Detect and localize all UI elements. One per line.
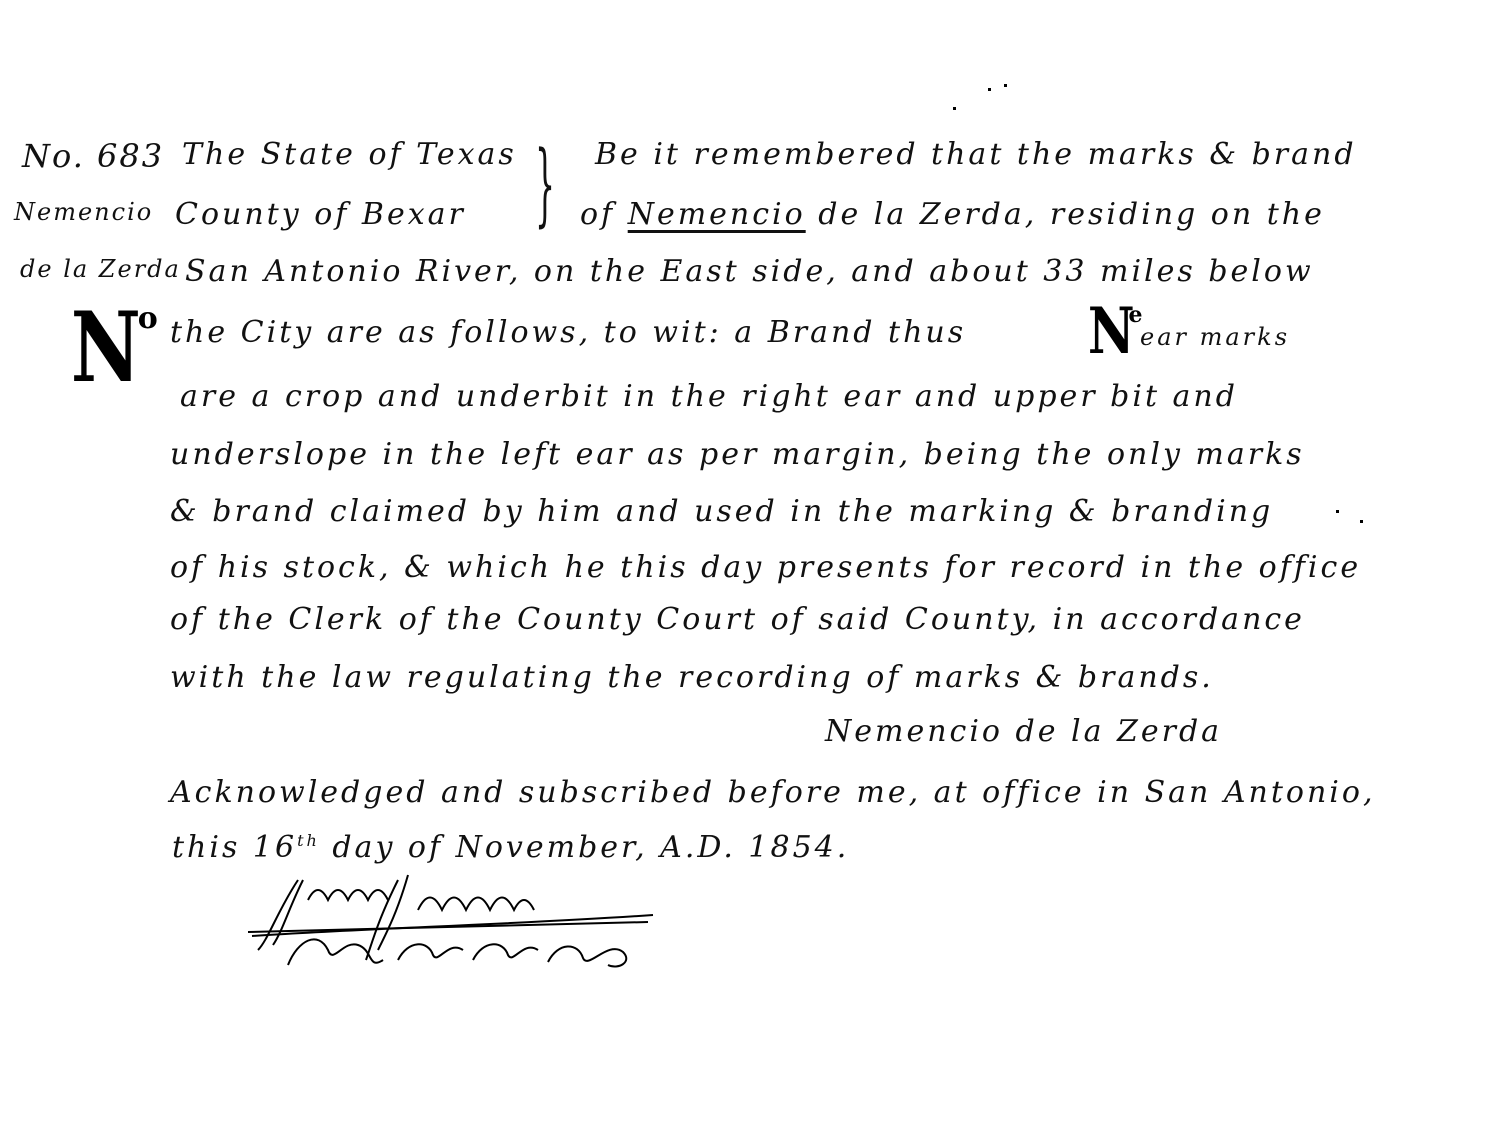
margin-name-line-2: de la Zerda [20,257,181,281]
document-page: No. 683 Nemencio de la Zerda The State o… [0,0,1500,1127]
scan-speck [1360,520,1363,523]
scan-speck [1004,84,1007,87]
of-word: of [580,197,628,232]
body-line-8: of his stock, & which he this day presen… [170,553,1361,583]
scan-speck [953,107,956,110]
ear-marks-label: ear marks [1140,325,1290,349]
body-line-10: with the law regulating the recording of… [170,663,1214,693]
scan-speck [988,88,991,91]
body-line-5: are a crop and underbit in the right ear… [180,382,1238,412]
acknowledgement-line-1: Acknowledged and subscribed before me, a… [170,778,1375,808]
body-line-7: & brand claimed by him and used in the m… [170,497,1273,527]
acknowledgement-line-2: this 16th day of November, A.D. 1854. [172,833,849,863]
underlined-name: Nemencio [628,197,806,232]
signature-flourish-icon [248,870,668,980]
curly-brace-icon: } [535,140,555,230]
body-line-3: San Antonio River, on the East side, and… [185,257,1314,287]
margin-name-line-1: Nemencio [14,200,153,224]
body-line-1: Be it remembered that the marks & brand [595,140,1357,170]
header-county: County of Bexar [175,200,466,230]
record-number: No. 683 [22,140,164,172]
body-line-4: the City are as follows, to wit: a Brand… [170,318,966,348]
body-line-2: of Nemencio de la Zerda, residing on the [580,200,1325,230]
brand-mark-icon: No [62,300,170,396]
name-rest: de la Zerda, residing on the [818,197,1325,232]
scan-speck [1336,510,1339,513]
clerk-signature [248,870,668,980]
header-state: The State of Texas [182,140,517,170]
body-line-9: of the Clerk of the County Court of said… [170,605,1305,635]
signatory-name: Nemencio de la Zerda [825,717,1222,747]
body-line-6: underslope in the left ear as per margin… [170,440,1305,470]
